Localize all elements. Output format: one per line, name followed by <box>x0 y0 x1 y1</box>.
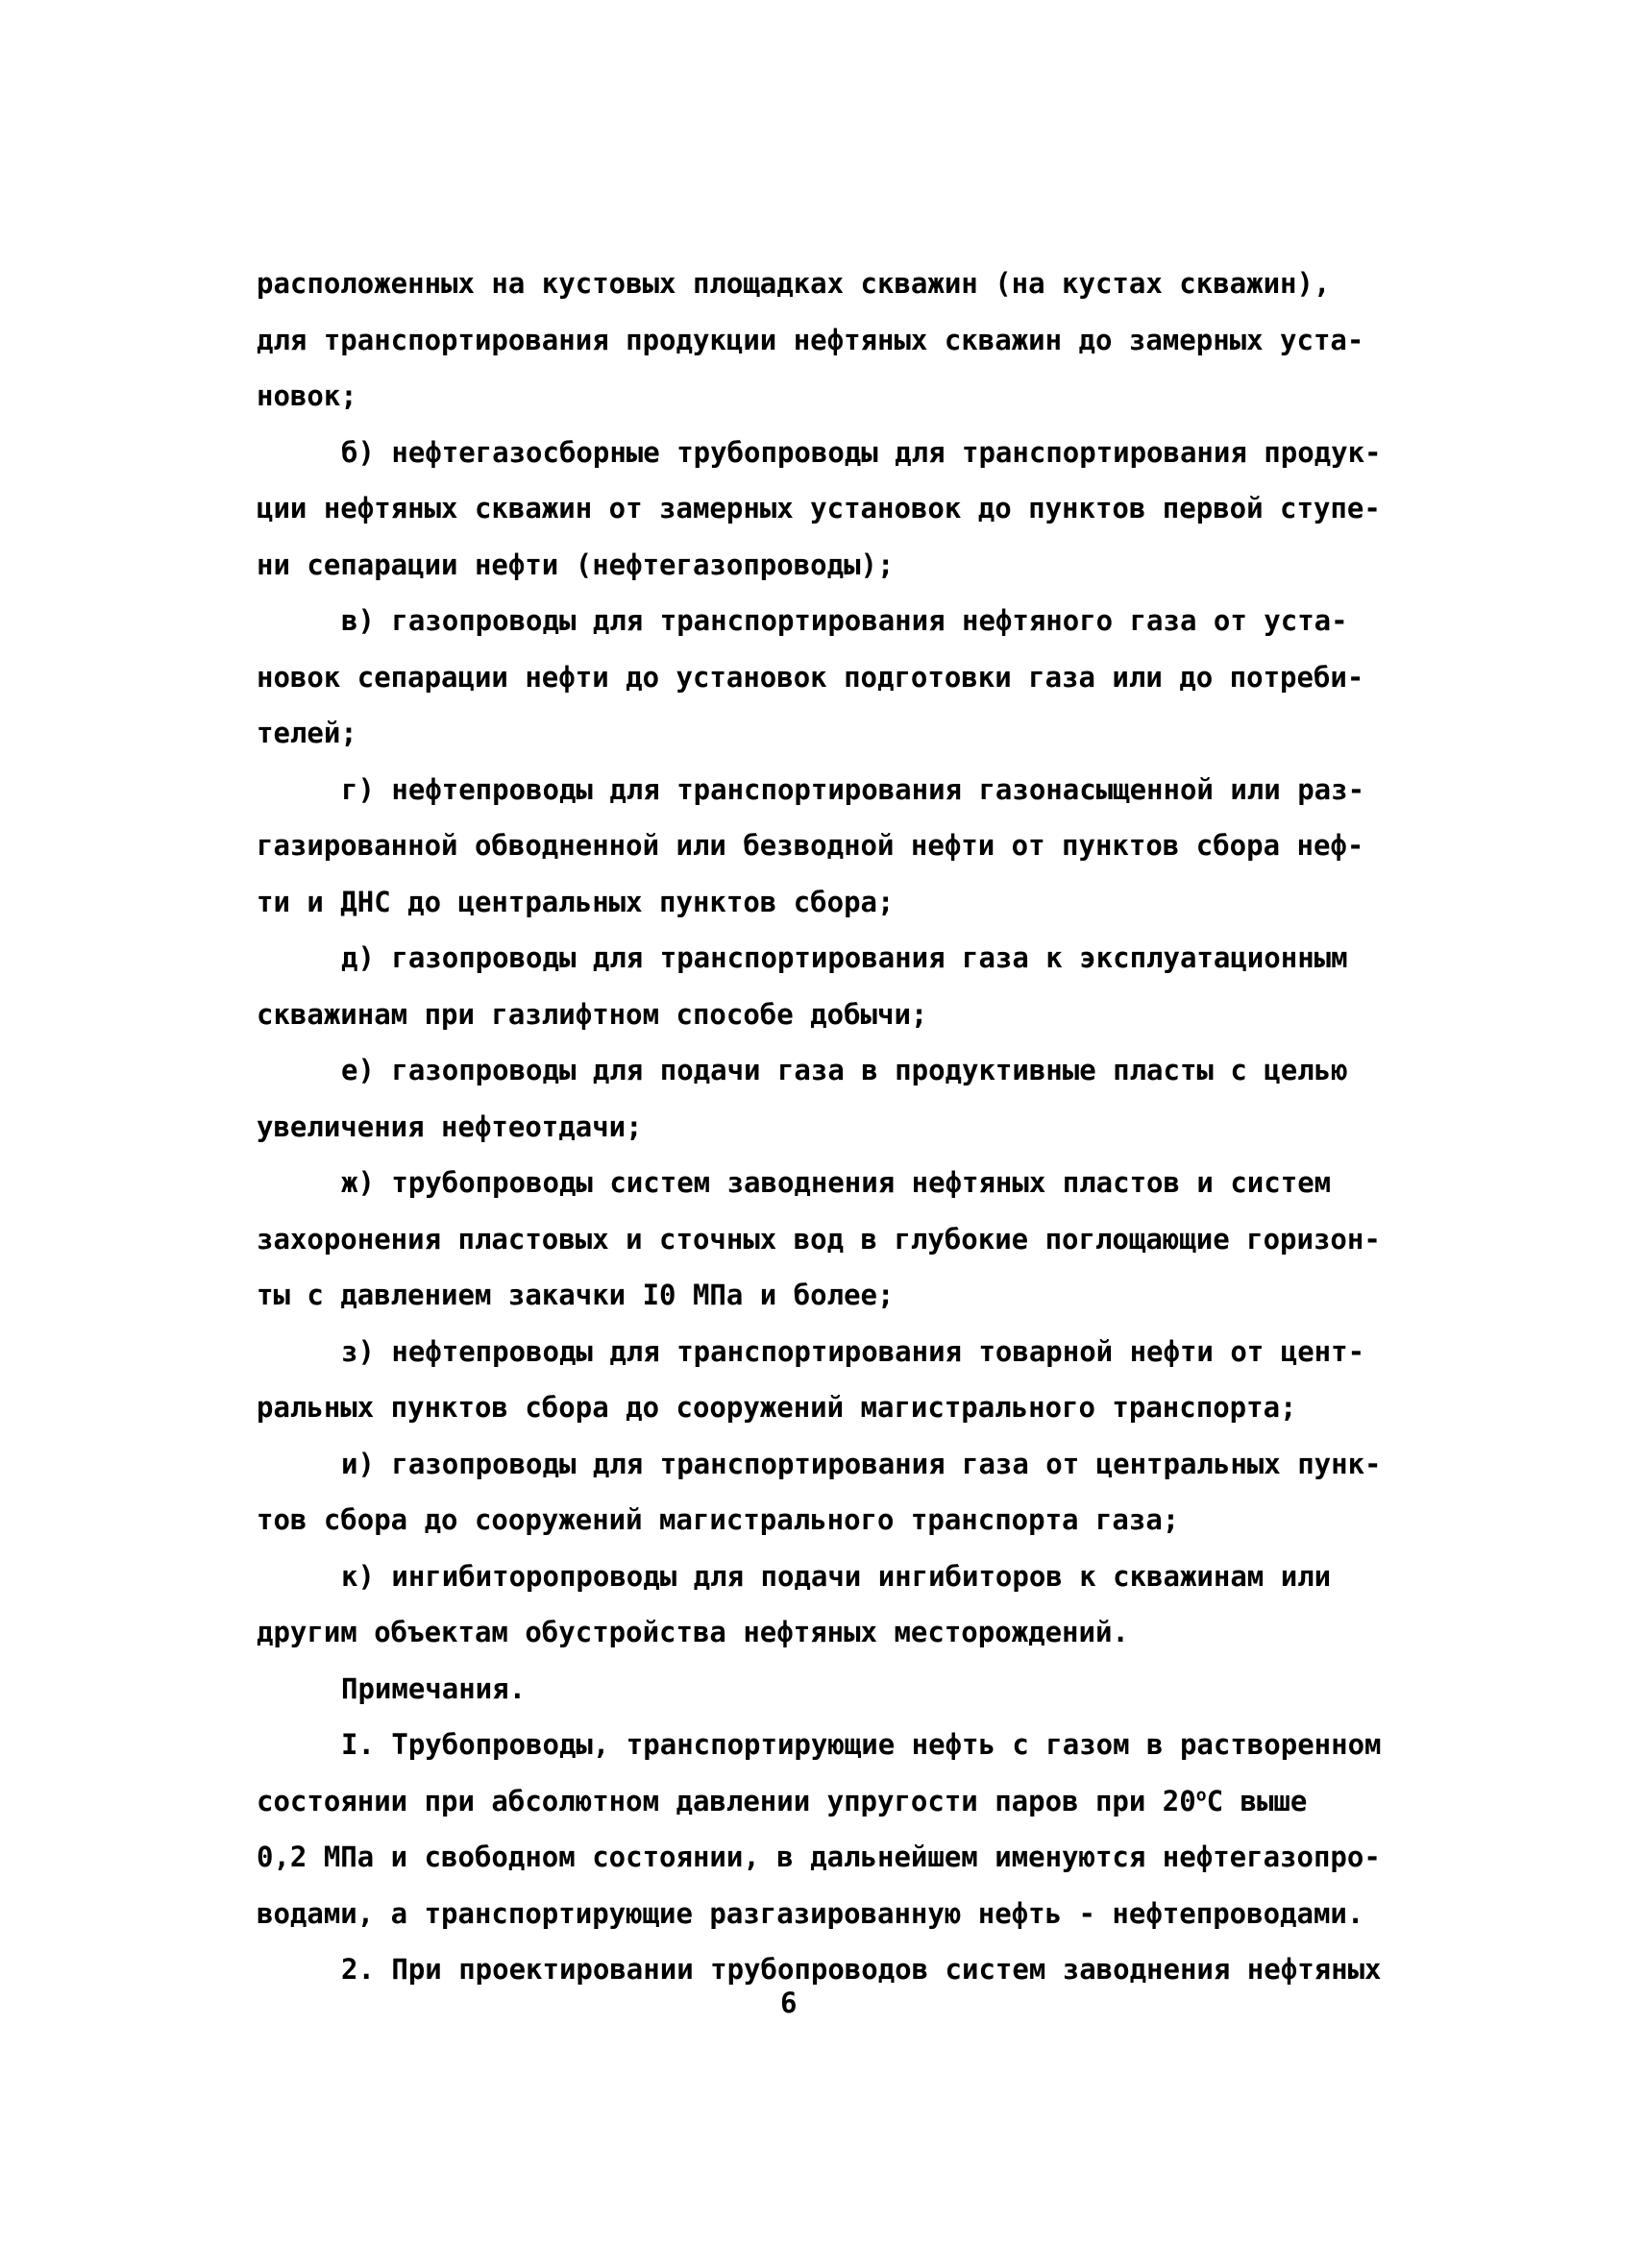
text-line: увеличения нефтеотдачи; <box>257 1099 1486 1156</box>
text-line: б) нефтегазосборные трубопроводы для тра… <box>257 425 1486 481</box>
text-line: новок; <box>257 368 1486 425</box>
text-line: в) газопроводы для транспортирования неф… <box>257 593 1486 649</box>
text-line: состоянии при абсолютном давлении упруго… <box>257 1773 1486 1830</box>
text-line: захоронения пластовых и сточных вод в гл… <box>257 1211 1486 1268</box>
text-line: 0,2 МПа и свободном состоянии, в дальней… <box>257 1829 1486 1886</box>
text-line: ральных пунктов сбора до сооружений маги… <box>257 1379 1486 1436</box>
text-line: новок сепарации нефти до установок подго… <box>257 649 1486 706</box>
text-block: расположенных на кустовых площадках сква… <box>257 256 1486 1998</box>
text-line: к) ингибиторопроводы для подачи ингибито… <box>257 1549 1486 1605</box>
text-line: водами, а транспортирующие разгазированн… <box>257 1886 1486 1942</box>
text-line: ти и ДНС до центральных пунктов сбора; <box>257 874 1486 931</box>
text-line: скважинам при газлифтном способе добычи; <box>257 987 1486 1043</box>
text-line: и) газопроводы для транспортирования газ… <box>257 1436 1486 1493</box>
text-line: ни сепарации нефти (нефтегазопроводы); <box>257 537 1486 594</box>
text-line: расположенных на кустовых площадках сква… <box>257 256 1486 312</box>
text-line: для транспортирования продукции нефтяных… <box>257 312 1486 369</box>
page-number: 6 <box>780 1987 797 2019</box>
text-line: е) газопроводы для подачи газа в продукт… <box>257 1042 1486 1099</box>
superscript-degree: о <box>1196 1785 1207 1805</box>
text-line: ты с давлением закачки I0 МПа и более; <box>257 1267 1486 1324</box>
text-line: тов сбора до сооружений магистрального т… <box>257 1492 1486 1549</box>
text-line: телей; <box>257 705 1486 762</box>
text-line: ции нефтяных скважин от замерных установ… <box>257 480 1486 537</box>
text-line: газированной обводненной или безводной н… <box>257 817 1486 874</box>
text-line: з) нефтепроводы для транспортирования то… <box>257 1324 1486 1380</box>
text-line: г) нефтепроводы для транспортирования га… <box>257 762 1486 818</box>
text-line: I. Трубопроводы, транспортирующие нефть … <box>257 1717 1486 1773</box>
text-line: 2. При проектировании трубопроводов сист… <box>257 1941 1486 1998</box>
document-page: расположенных на кустовых площадках сква… <box>0 0 1646 2268</box>
text-line: д) газопроводы для транспортирования газ… <box>257 930 1486 987</box>
text-line: другим объектам обустройства нефтяных ме… <box>257 1604 1486 1661</box>
text-line: Примечания. <box>257 1661 1486 1718</box>
text-line: ж) трубопроводы систем заводнения нефтян… <box>257 1155 1486 1211</box>
